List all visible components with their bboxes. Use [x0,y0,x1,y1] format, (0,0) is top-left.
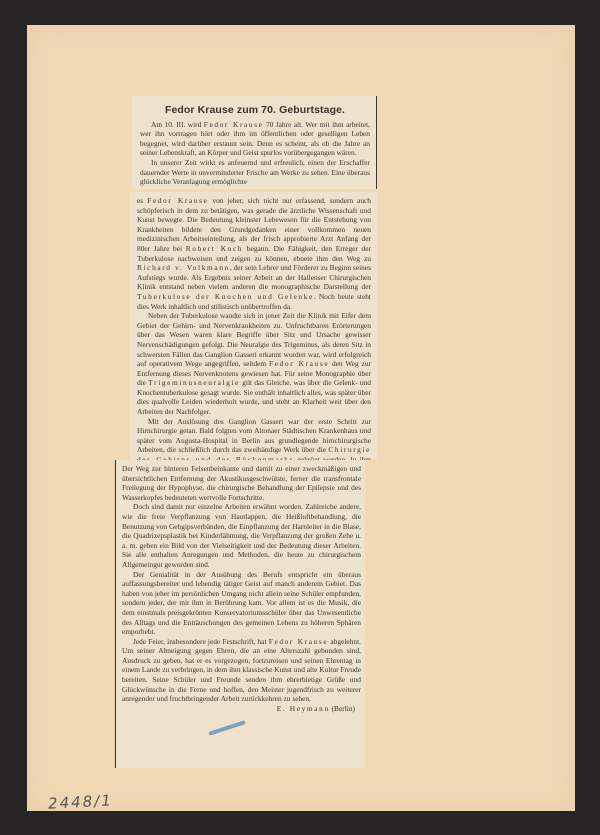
author-signature: E. Heymann (Berlin) [122,704,361,714]
paragraph-neurology: Neben der Tuberkulose wandte sich in jen… [137,311,371,417]
paragraph-character: Der Genialität in der Ausübung des Beruf… [122,570,361,637]
clipping-part-2: es Fedor Krause von jeher, sich nicht nu… [130,192,377,460]
person-name: Fedor Krause [204,120,264,129]
paragraph-career: es Fedor Krause von jeher, sich nicht nu… [137,196,371,311]
paragraph-brain-surgery: Mit der Auslösung des Ganglion Gasseri w… [137,417,371,460]
paragraph-progress: Der Weg zur hinteren Felsenbeinkante und… [122,464,361,502]
archive-number: 2448/1 [48,791,114,812]
paragraph-celebration: Jede Feier, insbesondere jede Festschrif… [122,637,361,704]
paragraph-intro: Am 10. III. wird Fedor Krause 70 Jahre a… [140,120,370,158]
paragraph-other-works: Doch sind damit nur einzelne Arbeiten er… [122,502,361,569]
paragraph-2: In unserer Zeit wirkt es anfeuernd und e… [140,158,370,187]
article-title: Fedor Krause zum 70. Geburtstage. [140,106,370,116]
clipping-part-1: Fedor Krause zum 70. Geburtstage. Am 10.… [132,96,377,189]
